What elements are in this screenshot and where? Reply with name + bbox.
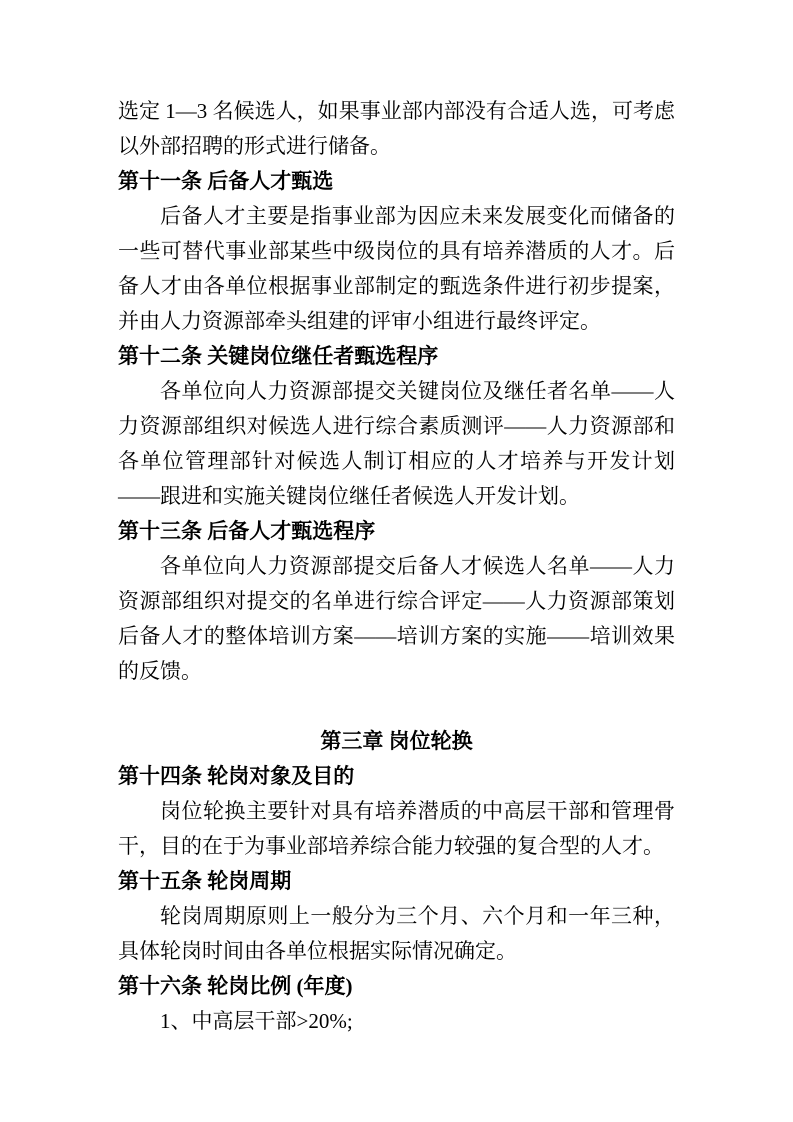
paragraph-article-14: 岗位轮换主要针对具有培养潜质的中高层干部和管理骨干，目的在于为事业部培养综合能力… [118, 794, 675, 864]
paragraph-article-13: 各单位向人力资源部提交后备人才候选人名单——人力资源部组织对提交的名单进行综合评… [118, 549, 675, 689]
list-item-rotation-ratio-1: 1、中高层干部>20%; [118, 1004, 675, 1039]
paragraph-continuation: 选定 1—3 名候选人，如果事业部内部没有合适人选，可考虑以外部招聘的形式进行储… [118, 94, 675, 164]
paragraph-article-12: 各单位向人力资源部提交关键岗位及继任者名单——人力资源部组织对候选人进行综合素质… [118, 374, 675, 514]
document-page: 选定 1—3 名候选人，如果事业部内部没有合适人选，可考虑以外部招聘的形式进行储… [0, 0, 793, 1122]
paragraph-article-11: 后备人才主要是指事业部为因应未来发展变化而储备的一些可替代事业部某些中级岗位的具… [118, 199, 675, 339]
article-heading-13: 第十三条 后备人才甄选程序 [118, 514, 675, 549]
article-heading-14: 第十四条 轮岗对象及目的 [118, 759, 675, 794]
paragraph-article-15: 轮岗周期原则上一般分为三个月、六个月和一年三种，具体轮岗时间由各单位根据实际情况… [118, 899, 675, 969]
chapter-heading: 第三章 岗位轮换 [118, 724, 675, 759]
article-heading-16: 第十六条 轮岗比例 (年度) [118, 969, 675, 1004]
article-heading-11: 第十一条 后备人才甄选 [118, 164, 675, 199]
article-heading-12: 第十二条 关键岗位继任者甄选程序 [118, 339, 675, 374]
article-heading-15: 第十五条 轮岗周期 [118, 864, 675, 899]
